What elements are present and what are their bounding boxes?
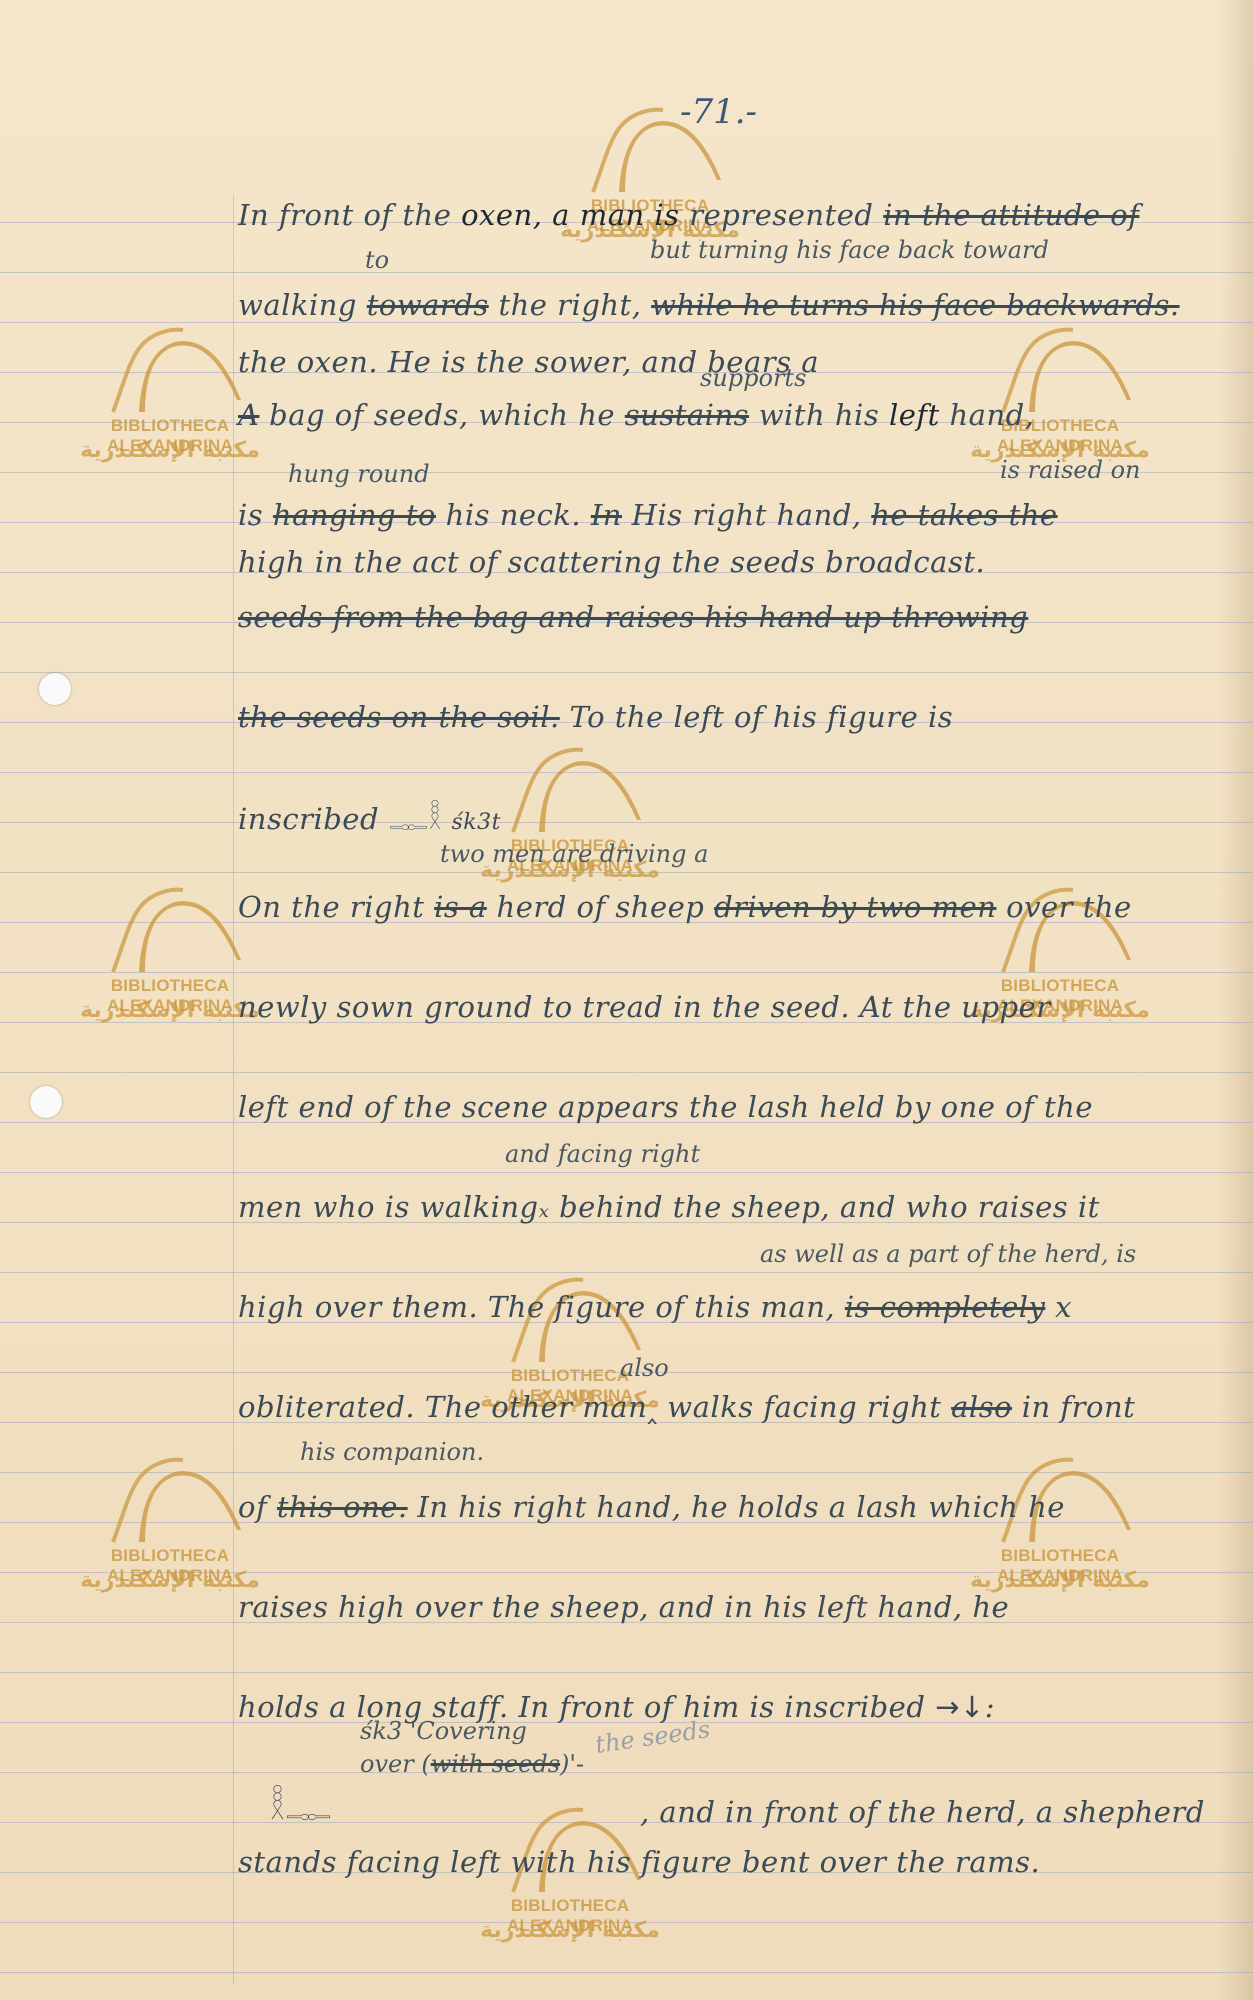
interlinear-insertion: is raised on bbox=[1000, 456, 1141, 484]
struck-text: hanging to bbox=[273, 498, 436, 532]
line-text: : bbox=[985, 1690, 995, 1724]
translation-gloss: śk3 'Covering bbox=[360, 1717, 527, 1745]
rule-line bbox=[0, 1172, 1253, 1173]
struck-text: while he turns his face backwards. bbox=[651, 288, 1179, 322]
transliteration: śk3 bbox=[360, 1717, 410, 1745]
line-text: over the bbox=[996, 890, 1131, 924]
interlinear-insertion: as well as a part of the herd, is bbox=[760, 1240, 1136, 1268]
manuscript-line: high in the act of scattering the seeds … bbox=[238, 545, 985, 579]
manuscript-line: seeds from the bag and raises his hand u… bbox=[238, 600, 1028, 634]
interlinear-insertion: to bbox=[365, 246, 389, 274]
rule-line bbox=[0, 1672, 1253, 1673]
line-text: left bbox=[889, 398, 940, 432]
manuscript-line: of this one. In his right hand, he holds… bbox=[238, 1490, 1065, 1524]
line-text: bag of seeds, which he bbox=[259, 398, 624, 432]
line-text: in front bbox=[1012, 1390, 1135, 1424]
interlinear-insertion: his companion. bbox=[300, 1438, 484, 1466]
rule-line bbox=[0, 772, 1253, 773]
struck-text: A bbox=[238, 398, 259, 432]
manuscript-line: , and in front of the herd, a shepherd bbox=[640, 1795, 1205, 1829]
line-text: On the right bbox=[238, 890, 434, 924]
line-text: herd of sheep bbox=[487, 890, 714, 924]
rule-line bbox=[0, 322, 1253, 323]
line-text: holds a long staff. In front of him is i… bbox=[238, 1690, 935, 1724]
struck-text: this one. bbox=[277, 1490, 408, 1524]
gloss-text: over ( bbox=[360, 1750, 431, 1778]
line-text: ₓ bbox=[539, 1190, 550, 1224]
hieroglyph-text: →↓ bbox=[935, 1690, 985, 1724]
manuscript-line: stands facing left with his figure bent … bbox=[238, 1845, 1040, 1879]
hieroglyph-group: 𓎛𓊃 bbox=[270, 1775, 332, 1831]
line-text: is bbox=[238, 498, 273, 532]
struck-text: sustains bbox=[625, 398, 749, 432]
manuscript-line: men who is walkingₓ behind the sheep, an… bbox=[238, 1190, 1100, 1224]
manuscript-line: left end of the scene appears the lash h… bbox=[238, 1090, 1093, 1124]
rule-line bbox=[0, 1072, 1253, 1073]
struck-text: seeds from the bag and raises his hand u… bbox=[238, 600, 1028, 634]
struck-text: he takes the bbox=[871, 498, 1057, 532]
interlinear-insertion: and facing right bbox=[505, 1140, 700, 1168]
line-text: his neck. bbox=[436, 498, 591, 532]
line-text: walking bbox=[238, 288, 367, 322]
struck-text: In bbox=[591, 498, 622, 532]
rule-line bbox=[0, 1272, 1253, 1273]
line-text: In front of the bbox=[238, 198, 461, 232]
manuscript-line: In front of the oxen, a man is represent… bbox=[238, 198, 1139, 232]
interlinear-insertion: hung round bbox=[288, 460, 430, 488]
manuscript-line: walking towards the right, while he turn… bbox=[238, 288, 1180, 322]
line-text: high over them. The figure of this man, bbox=[238, 1290, 845, 1324]
interlinear-insertion: also bbox=[620, 1354, 669, 1382]
line-text: the right, bbox=[489, 288, 651, 322]
manuscript-line: holds a long staff. In front of him is i… bbox=[238, 1690, 995, 1724]
line-text: ‸ bbox=[647, 1390, 657, 1424]
struck-text: the seeds on the soil. bbox=[238, 700, 560, 734]
line-text: of bbox=[238, 1490, 277, 1524]
line-text: men who is walking bbox=[238, 1190, 539, 1224]
line-text: stands facing left with his figure bent … bbox=[238, 1845, 1040, 1879]
line-text: obliterated. The other man bbox=[238, 1390, 647, 1424]
rule-line bbox=[0, 1922, 1253, 1923]
hieroglyph-text: 𓊃𓎛 bbox=[379, 802, 452, 836]
struck-text: is completely bbox=[845, 1290, 1046, 1324]
line-text: His right hand, bbox=[622, 498, 871, 532]
rule-line bbox=[0, 972, 1253, 973]
translation-gloss-line-2: over (with seeds)'- bbox=[360, 1750, 584, 1778]
page-number: -71.- bbox=[680, 92, 757, 132]
rule-line bbox=[0, 1572, 1253, 1573]
line-text: walks facing right bbox=[658, 1390, 952, 1424]
struck-text: driven by two men bbox=[714, 890, 996, 924]
line-text: inscribed bbox=[238, 802, 379, 836]
line-text: śk3t bbox=[452, 810, 501, 835]
interlinear-insertion: supports bbox=[700, 364, 806, 392]
line-text: newly sown ground to tread in the seed. … bbox=[238, 990, 1051, 1024]
manuscript-line: newly sown ground to tread in the seed. … bbox=[238, 990, 1051, 1024]
line-text: , and in front of the herd, a shepherd bbox=[640, 1795, 1205, 1829]
line-text: In his right hand, he holds a lash which… bbox=[408, 1490, 1065, 1524]
line-text: oxen, a man is bbox=[461, 198, 679, 232]
line-text: x bbox=[1045, 1290, 1072, 1324]
punch-hole-bottom bbox=[30, 1086, 62, 1118]
line-text: high in the act of scattering the seeds … bbox=[238, 545, 985, 579]
manuscript-line: On the right is a herd of sheep driven b… bbox=[238, 890, 1132, 924]
margin-line bbox=[233, 195, 234, 1985]
manuscript-line: A bag of seeds, which he sustains with h… bbox=[238, 398, 1034, 432]
punch-hole-top bbox=[39, 673, 71, 705]
line-text: hand, bbox=[940, 398, 1035, 432]
interlinear-insertion: two men are driving a bbox=[440, 840, 708, 868]
gloss-line-1: 'Covering bbox=[410, 1717, 527, 1745]
rule-line bbox=[0, 1972, 1253, 1973]
rule-line bbox=[0, 872, 1253, 873]
manuscript-line: high over them. The figure of this man, … bbox=[238, 1290, 1072, 1324]
manuscript-line: raises high over the sheep, and in his l… bbox=[238, 1590, 1009, 1624]
struck-text: in the attitude of bbox=[883, 198, 1139, 232]
manuscript-line: obliterated. The other man‸ walks facing… bbox=[238, 1390, 1135, 1424]
rule-line bbox=[0, 272, 1253, 273]
interlinear-insertion: but turning his face back toward bbox=[650, 236, 1049, 264]
struck-text: is a bbox=[434, 890, 487, 924]
line-text: represented bbox=[680, 198, 884, 232]
rule-line bbox=[0, 672, 1253, 673]
struck-text: with seeds bbox=[431, 1750, 560, 1778]
struck-text: also bbox=[951, 1390, 1012, 1424]
struck-text: towards bbox=[367, 288, 489, 322]
rule-line bbox=[0, 1472, 1253, 1473]
manuscript-line: the seeds on the soil. To the left of hi… bbox=[238, 700, 953, 734]
gloss-text: )'- bbox=[560, 1750, 584, 1778]
manuscript-line: is hanging to his neck. In His right han… bbox=[238, 498, 1058, 532]
manuscript-line: inscribed 𓊃𓎛 śk3t bbox=[238, 792, 501, 839]
line-text: left end of the scene appears the lash h… bbox=[238, 1090, 1093, 1124]
line-text: To the left of his figure is bbox=[560, 700, 953, 734]
rule-line bbox=[0, 1772, 1253, 1773]
line-text: raises high over the sheep, and in his l… bbox=[238, 1590, 1009, 1624]
rule-line bbox=[0, 822, 1253, 823]
line-text: behind the sheep, and who raises it bbox=[549, 1190, 1099, 1224]
line-text: with his bbox=[749, 398, 889, 432]
